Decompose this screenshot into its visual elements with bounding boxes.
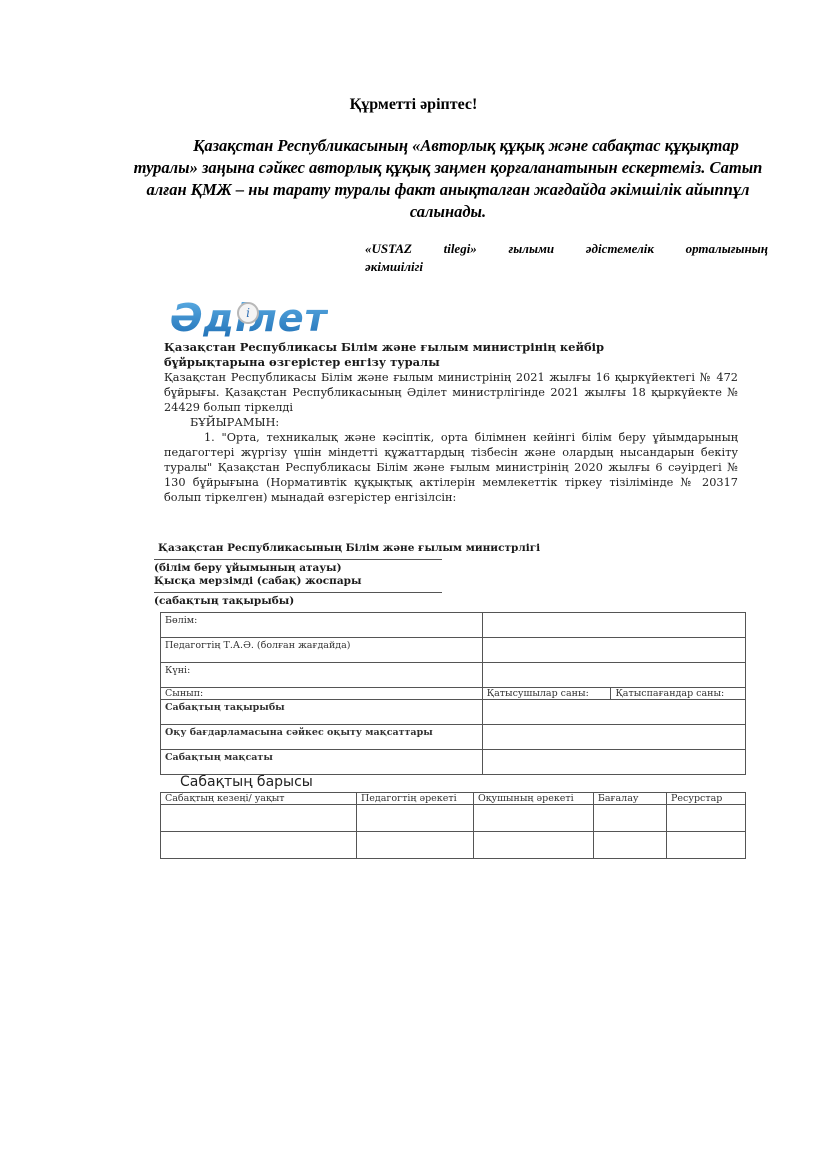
adilet-logo: Әділет i <box>170 302 360 342</box>
table-row: Сабақтың мақсаты <box>161 750 746 775</box>
signature-block: «USTAZ tilegi» ғылыми әдістемелік орталы… <box>365 240 768 276</box>
table-header-row: Сабақтың кезеңі/ уақыт Педагогтің әрекет… <box>161 793 746 805</box>
table-row <box>161 805 746 832</box>
order-body: Қазақстан Республикасы Білім және ғылым … <box>164 370 738 505</box>
blank-line-divider <box>154 559 442 560</box>
blank-line-divider <box>154 592 442 593</box>
signature-line-1: «USTAZ tilegi» ғылыми әдістемелік орталы… <box>365 240 768 258</box>
lesson-goal-label: Сабақтың мақсаты <box>161 750 483 775</box>
column-header: Педагогтің әрекеті <box>356 793 473 805</box>
lesson-info-table: Бөлім: Педагогтің Т.А.Ә. (болған жағдайд… <box>160 612 746 775</box>
column-header: Ресурстар <box>667 793 746 805</box>
table-row: Бөлім: <box>161 613 746 638</box>
signature-line-2: әкімшілігі <box>365 259 423 274</box>
embedded-document-image: Әділет i Қазақстан Республикасы Білім жә… <box>150 298 750 863</box>
column-header: Оқушының әрекеті <box>473 793 593 805</box>
org-name-caption: (білім беру ұйымының атауы) <box>154 562 574 575</box>
objectives-label: Оқу бағдарламасына сәйкес оқыту мақсатта… <box>161 725 483 750</box>
ministry-name: Қазақстан Республикасының Білім және ғыл… <box>158 542 574 555</box>
column-header: Бағалау <box>593 793 666 805</box>
present-count-label: Қатысушылар саны: <box>482 688 611 700</box>
absent-count-label: Қатыспағандар саны: <box>611 688 746 700</box>
lesson-plan-title: Қысқа мерзімді (сабақ) жоспары <box>154 575 574 588</box>
table-row: Оқу бағдарламасына сәйкес оқыту мақсатта… <box>161 725 746 750</box>
teacher-label: Педагогтің Т.А.Ә. (болған жағдайда) <box>161 638 483 663</box>
copyright-notice: Қазақстан Республикасының «Авторлық құқы… <box>128 135 768 223</box>
lesson-topic-caption: (сабақтың тақырыбы) <box>154 595 574 608</box>
order-title-line-2: бұйрықтарына өзгерістер енгізу туралы <box>164 355 744 370</box>
order-title-line-1: Қазақстан Республикасы Білім және ғылым … <box>164 340 744 355</box>
copyright-notice-text: Қазақстан Республикасының «Авторлық құқы… <box>134 136 763 221</box>
date-value <box>482 663 745 688</box>
lesson-topic-label: Сабақтың тақырыбы <box>161 700 483 725</box>
lesson-progress-table: Сабақтың кезеңі/ уақыт Педагогтің әрекет… <box>160 792 746 859</box>
order-heading: БҰЙЫРАМЫН: <box>164 415 738 430</box>
lesson-topic-value <box>482 700 745 725</box>
lesson-plan-header: Қазақстан Республикасының Білім және ғыл… <box>154 542 574 608</box>
teacher-value <box>482 638 745 663</box>
grade-label: Сынып: <box>161 688 483 700</box>
info-badge-icon: i <box>237 302 259 324</box>
order-item-1: 1. "Орта, техникалық және кәсіптік, орта… <box>164 430 738 505</box>
lesson-progress-title: Сабақтың барысы <box>180 774 313 790</box>
lesson-goal-value <box>482 750 745 775</box>
column-header: Сабақтың кезеңі/ уақыт <box>161 793 357 805</box>
order-intro: Қазақстан Республикасы Білім және ғылым … <box>164 370 738 415</box>
order-title: Қазақстан Республикасы Білім және ғылым … <box>164 340 744 370</box>
greeting-heading: Құрметті әріптес! <box>0 96 827 114</box>
date-label: Күні: <box>161 663 483 688</box>
section-value <box>482 613 745 638</box>
objectives-value <box>482 725 745 750</box>
table-row: Сабақтың тақырыбы <box>161 700 746 725</box>
table-row: Күні: <box>161 663 746 688</box>
table-row: Педагогтің Т.А.Ә. (болған жағдайда) <box>161 638 746 663</box>
section-label: Бөлім: <box>161 613 483 638</box>
table-row <box>161 832 746 859</box>
table-row: Сынып: Қатысушылар саны: Қатыспағандар с… <box>161 688 746 700</box>
